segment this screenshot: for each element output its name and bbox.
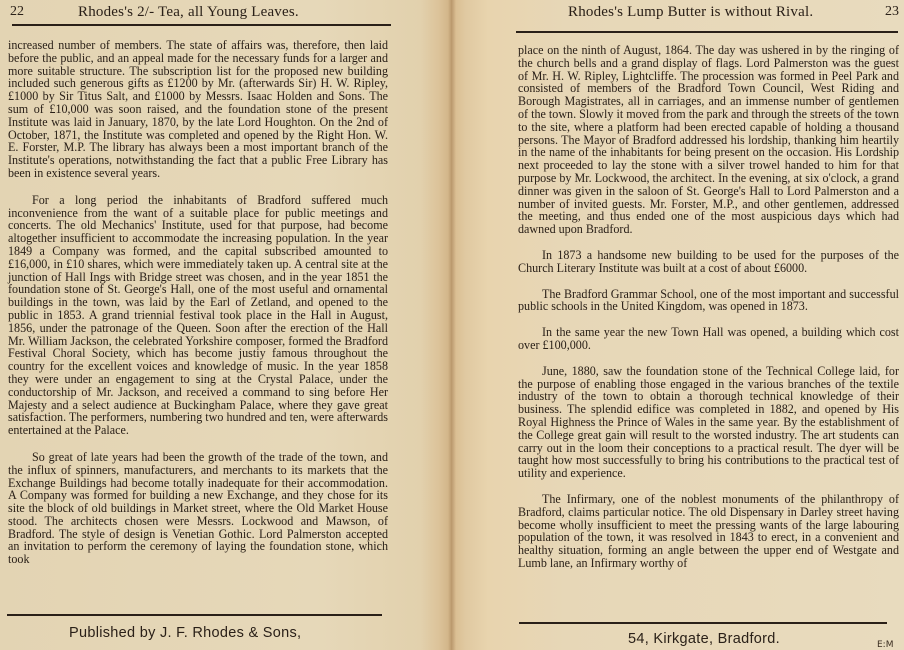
page-footer: Published by J. F. Rhodes & Sons, — [69, 625, 301, 641]
page-body: place on the ninth of August, 1864. The … — [518, 44, 899, 570]
left-page: 22 Rhodes's 2/- Tea, all Young Leaves. i… — [0, 0, 452, 650]
page-number: 22 — [10, 3, 24, 21]
paragraph: June, 1880, saw the foundation stone of … — [518, 365, 899, 480]
right-page: Rhodes's Lump Butter is without Rival. 2… — [452, 0, 904, 650]
paragraph: For a long period the inhabitants of Bra… — [8, 194, 388, 437]
paragraph: In 1873 a handsome new building to be us… — [518, 249, 899, 275]
footer-rule — [7, 614, 382, 616]
running-head-title: Rhodes's 2/- Tea, all Young Leaves. — [78, 3, 299, 21]
book-gutter — [448, 0, 456, 650]
header-rule — [12, 24, 391, 26]
book-spread: 22 Rhodes's 2/- Tea, all Young Leaves. i… — [0, 0, 904, 650]
page-number: 23 — [885, 3, 899, 21]
footer-rule — [519, 622, 887, 624]
running-head-title: Rhodes's Lump Butter is without Rival. — [568, 3, 813, 21]
page-body: increased number of members. The state o… — [8, 39, 388, 566]
header-rule — [516, 31, 898, 33]
corner-mark: E:M — [877, 640, 893, 650]
paragraph: place on the ninth of August, 1864. The … — [518, 44, 899, 236]
paragraph: increased number of members. The state o… — [8, 39, 388, 180]
paragraph: The Infirmary, one of the noblest monume… — [518, 493, 899, 570]
paragraph: So great of late years had been the grow… — [8, 451, 388, 566]
paragraph: The Bradford Grammar School, one of the … — [518, 288, 899, 314]
paragraph: In the same year the new Town Hall was o… — [518, 326, 899, 352]
page-footer: 54, Kirkgate, Bradford. — [628, 631, 780, 647]
